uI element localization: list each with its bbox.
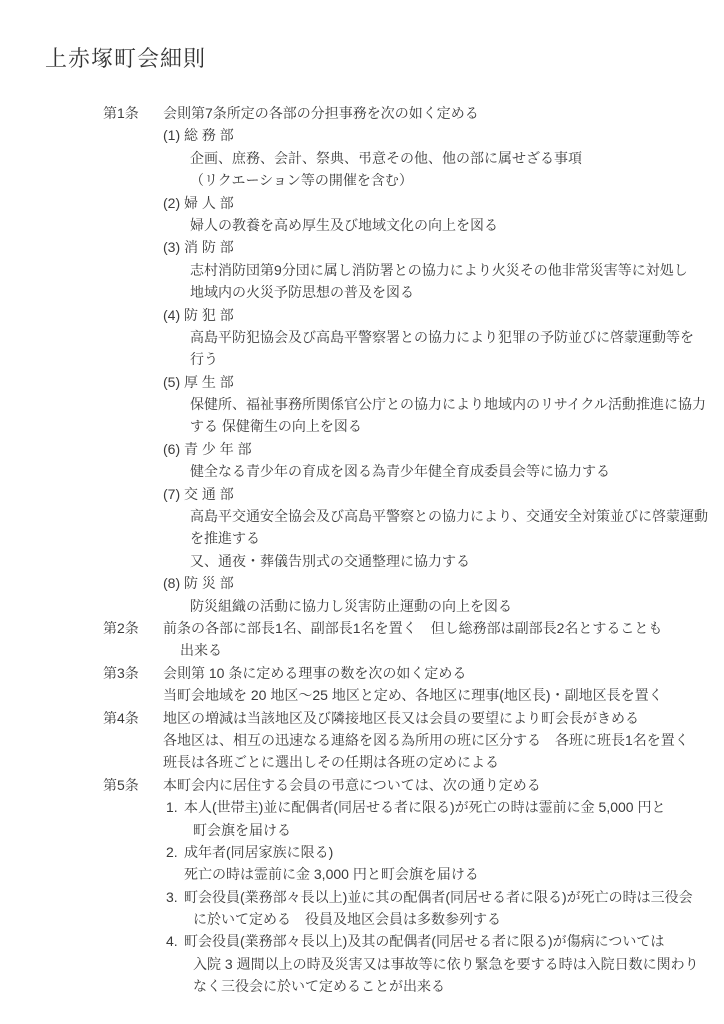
line-text: 高島平防犯協会及び高島平警察署との協力により犯罪の予防並びに啓蒙運動等を xyxy=(190,329,694,345)
document-line: 入院 3 週間以上の時及災害又は事故等に依り緊急を要する時は入院日数に関わり xyxy=(0,953,724,975)
line-text: 婦人の教養を高め厚生及び地域文化の向上を図る xyxy=(190,217,498,233)
line-text: 入院 3 週間以上の時及災害又は事故等に依り緊急を要する時は入院日数に関わり xyxy=(193,956,699,972)
line-text: (4) 防 犯 部 xyxy=(163,307,234,323)
line-text: 本人(世帯主)並に配偶者(同居せる者に限る)が死亡の時は霊前に金 5,000 円… xyxy=(184,799,665,815)
document-line: 当町会地域を 20 地区～25 地区と定め、各地区に理事(地区長)・副地区長を置… xyxy=(0,684,724,706)
document-line: なく三役会に於いて定めることが出来る xyxy=(0,975,724,997)
line-text: （リクエーション等の開催を含む） xyxy=(190,172,413,188)
document-line: 第2条前条の各部に部長1名、副部長1名を置く 但し総務部は副部長2名とすることも xyxy=(0,617,724,639)
document-line: 高島平防犯協会及び高島平警察署との協力により犯罪の予防並びに啓蒙運動等を xyxy=(0,326,724,348)
document-line: 行う xyxy=(0,348,724,370)
article-number: 第3条 xyxy=(103,662,139,684)
document-body: 第1条会則第7条所定の各部の分担事務を次の如く定める(1) 総 務 部企画、庶務… xyxy=(0,102,724,998)
document-line: 第4条地区の増減は当該地区及び隣接地区長又は会員の要望により町会長がきめる xyxy=(0,707,724,729)
document-line: (1) 総 務 部 xyxy=(0,124,724,146)
document-line: 高島平交通安全協会及び高島平警察との協力により、交通安全対策並びに啓蒙運動 xyxy=(0,505,724,527)
line-text: 志村消防団第9分団に属し消防署との協力により火災その他非常災害等に対処し xyxy=(190,262,688,278)
document-line: 第1条会則第7条所定の各部の分担事務を次の如く定める xyxy=(0,102,724,124)
document-line: 3.町会役員(業務部々長以上)並に其の配偶者(同居せる者に限る)が死亡の時は三役… xyxy=(0,886,724,908)
line-text: 地域内の火災予防思想の普及を図る xyxy=(190,284,414,300)
document-line: に於いて定める 役員及地区会員は多数参列する xyxy=(0,908,724,930)
document-line: 保健所、福祉事務所関係官公庁との協力により地域内のリサイクル活動推進に協力 xyxy=(0,393,724,415)
line-text: 高島平交通安全協会及び高島平警察との協力により、交通安全対策並びに啓蒙運動 xyxy=(190,508,708,524)
document-line: 4.町会役員(業務部々長以上)及其の配偶者(同居せる者に限る)が傷病については xyxy=(0,930,724,952)
document-line: (5) 厚 生 部 xyxy=(0,371,724,393)
item-number: 3. xyxy=(166,886,178,908)
document-line: (3) 消 防 部 xyxy=(0,236,724,258)
document-line: (7) 交 通 部 xyxy=(0,483,724,505)
document-line: 各地区は、相互の迅速なる連絡を図る為所用の班に区分する 各班に班長1名を置く xyxy=(0,729,724,751)
item-number: 1. xyxy=(166,796,178,818)
line-text: 成年者(同居家族に限る) xyxy=(184,844,333,860)
line-text: 地区の増減は当該地区及び隣接地区長又は会員の要望により町会長がきめる xyxy=(163,710,639,726)
line-text: 班長は各班ごとに選出しその任期は各班の定めによる xyxy=(163,754,499,770)
article-number: 第1条 xyxy=(103,102,139,124)
document-line: 第3条会則第 10 条に定める理事の数を次の如く定める xyxy=(0,662,724,684)
document-line: (4) 防 犯 部 xyxy=(0,304,724,326)
document-line: 班長は各班ごとに選出しその任期は各班の定めによる xyxy=(0,751,724,773)
document-line: 又、通夜・葬儀告別式の交通整理に協力する xyxy=(0,550,724,572)
document-line: を推進する xyxy=(0,527,724,549)
line-text: なく三役会に於いて定めることが出来る xyxy=(193,978,445,994)
document-line: (6) 青 少 年 部 xyxy=(0,438,724,460)
line-text: 死亡の時は霊前に金 3,000 円と町会旗を届ける xyxy=(184,866,479,882)
line-text: 企画、庶務、会計、祭典、弔意その他、他の部に属せざる事項 xyxy=(190,150,582,166)
line-text: 保健所、福祉事務所関係官公庁との協力により地域内のリサイクル活動推進に協力 xyxy=(190,396,706,412)
document-line: 2.成年者(同居家族に限る) xyxy=(0,841,724,863)
line-text: 健全なる青少年の育成を図る為青少年健全育成委員会等に協力する xyxy=(190,463,610,479)
document-line: 企画、庶務、会計、祭典、弔意その他、他の部に属せざる事項 xyxy=(0,147,724,169)
line-text: する 保健衛生の向上を図る xyxy=(190,418,362,434)
document-line: する 保健衛生の向上を図る xyxy=(0,415,724,437)
article-number: 第5条 xyxy=(103,774,139,796)
article-number: 第2条 xyxy=(103,617,139,639)
item-number: 2. xyxy=(166,841,178,863)
line-text: 行う xyxy=(190,351,218,367)
line-text: 町会旗を届ける xyxy=(193,822,291,838)
document-line: 健全なる青少年の育成を図る為青少年健全育成委員会等に協力する xyxy=(0,460,724,482)
document-line: (8) 防 災 部 xyxy=(0,572,724,594)
line-text: (3) 消 防 部 xyxy=(163,239,234,255)
line-text: 町会役員(業務部々長以上)及其の配偶者(同居せる者に限る)が傷病については xyxy=(184,933,664,949)
line-text: 前条の各部に部長1名、副部長1名を置く 但し総務部は副部長2名とすることも xyxy=(163,620,662,636)
document-line: 志村消防団第9分団に属し消防署との協力により火災その他非常災害等に対処し xyxy=(0,259,724,281)
line-text: に於いて定める 役員及地区会員は多数参列する xyxy=(193,911,501,927)
line-text: 又、通夜・葬儀告別式の交通整理に協力する xyxy=(190,553,470,569)
line-text: 出来る xyxy=(180,642,222,658)
line-text: を推進する xyxy=(190,530,260,546)
document-line: 防災組織の活動に協力し災害防止運動の向上を図る xyxy=(0,595,724,617)
line-text: 各地区は、相互の迅速なる連絡を図る為所用の班に区分する 各班に班長1名を置く xyxy=(163,732,689,748)
document-page: 上赤塚町会細則 第1条会則第7条所定の各部の分担事務を次の如く定める(1) 総 … xyxy=(0,0,724,1024)
document-line: 第5条本町会内に居住する会員の弔意については、次の通り定める xyxy=(0,774,724,796)
item-number: 4. xyxy=(166,930,178,952)
document-line: （リクエーション等の開催を含む） xyxy=(0,169,724,191)
line-text: 本町会内に居住する会員の弔意については、次の通り定める xyxy=(163,777,541,793)
line-text: (6) 青 少 年 部 xyxy=(163,441,252,457)
line-text: (8) 防 災 部 xyxy=(163,575,234,591)
line-text: 当町会地域を 20 地区～25 地区と定め、各地区に理事(地区長)・副地区長を置… xyxy=(163,687,663,703)
line-text: 町会役員(業務部々長以上)並に其の配偶者(同居せる者に限る)が死亡の時は三役会 xyxy=(184,889,693,905)
document-line: 1.本人(世帯主)並に配偶者(同居せる者に限る)が死亡の時は霊前に金 5,000… xyxy=(0,796,724,818)
line-text: (7) 交 通 部 xyxy=(163,486,234,502)
document-line: 町会旗を届ける xyxy=(0,819,724,841)
line-text: 防災組織の活動に協力し災害防止運動の向上を図る xyxy=(190,598,512,614)
document-line: 婦人の教養を高め厚生及び地域文化の向上を図る xyxy=(0,214,724,236)
line-text: 会則第7条所定の各部の分担事務を次の如く定める xyxy=(163,105,479,121)
line-text: (2) 婦 人 部 xyxy=(163,195,234,211)
document-line: 地域内の火災予防思想の普及を図る xyxy=(0,281,724,303)
line-text: (1) 総 務 部 xyxy=(163,127,234,143)
document-line: (2) 婦 人 部 xyxy=(0,192,724,214)
document-line: 死亡の時は霊前に金 3,000 円と町会旗を届ける xyxy=(0,863,724,885)
line-text: 会則第 10 条に定める理事の数を次の如く定める xyxy=(163,665,466,681)
document-line: 出来る xyxy=(0,639,724,661)
article-number: 第4条 xyxy=(103,707,139,729)
line-text: (5) 厚 生 部 xyxy=(163,374,234,390)
document-title: 上赤塚町会細則 xyxy=(45,46,724,72)
